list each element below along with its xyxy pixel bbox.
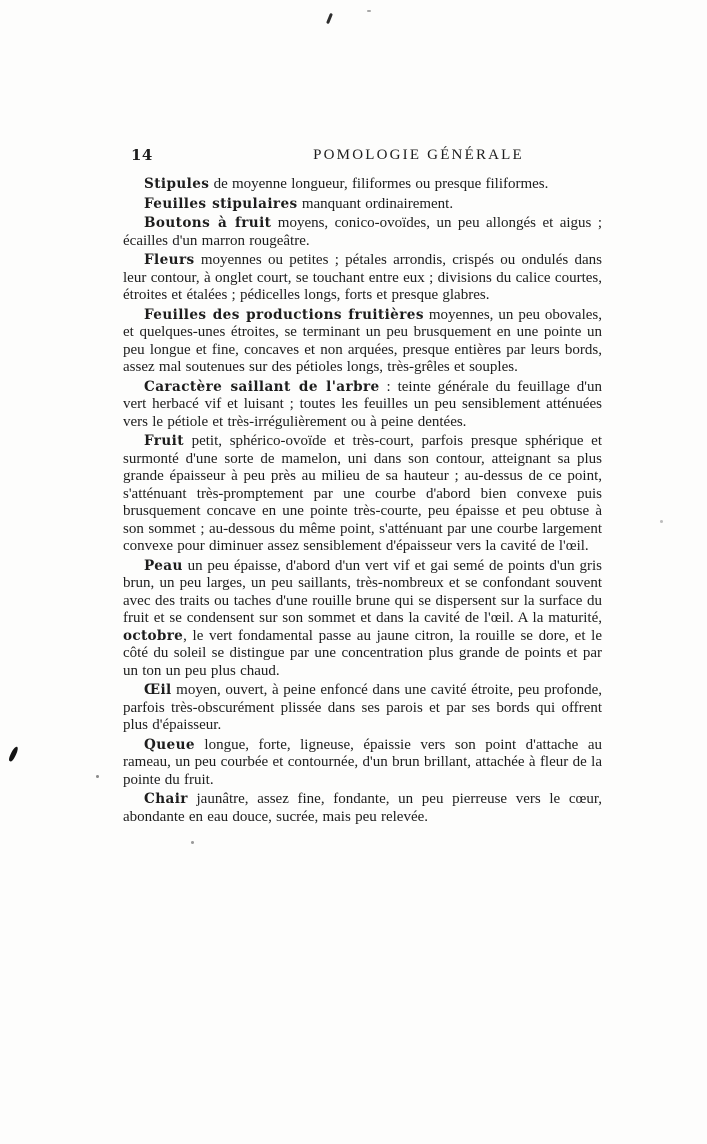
ink-mark (326, 13, 333, 24)
lead-stipules: Stipules (144, 176, 209, 192)
lead-peau: Peau (144, 558, 183, 574)
ink-speck (96, 775, 99, 778)
paragraph-fleurs: Fleurs moyennes ou petites ; pétales arr… (123, 252, 602, 305)
text-block: Stipules de moyenne longueur, filiformes… (123, 176, 602, 828)
lead-fleurs: Fleurs (144, 252, 195, 268)
ink-speck (367, 10, 371, 12)
paragraph-feuilles-productions-fruitieres: Feuilles des productions fruitières moye… (123, 307, 602, 377)
book-page: 14 POMOLOGIE GÉNÉRALE Stipules de moyenn… (0, 0, 707, 1144)
paragraph-body: moyennes ou petites ; pétales arrondis, … (123, 252, 602, 303)
lead-chair: Chair (144, 791, 188, 807)
bold-word-octobre: octobre (123, 628, 183, 644)
running-header: 14 POMOLOGIE GÉNÉRALE (123, 146, 602, 166)
lead-queue: Queue (144, 737, 195, 753)
paragraph-body: un peu épaisse, d'abord d'un vert vif et… (123, 558, 602, 627)
paragraph-body: petit, sphérico-ovoïde et très-court, pa… (123, 433, 602, 554)
paragraph-queue: Queue longue, forte, ligneuse, épaissie … (123, 737, 602, 790)
lead-oeil: Œil (144, 682, 172, 698)
lead-feuilles-productions-fruitieres: Feuilles des productions fruitières (144, 307, 424, 323)
paragraph-fruit: Fruit petit, sphérico-ovoïde et très-cou… (123, 433, 602, 556)
paragraph-peau: Peau un peu épaisse, d'abord d'un vert v… (123, 558, 602, 681)
lead-caractere-saillant: Caractère saillant de l'arbre (144, 379, 380, 395)
lead-boutons-a-fruit: Boutons à fruit (144, 215, 271, 231)
paragraph-body: de moyenne longueur, filiformes ou presq… (209, 176, 548, 192)
page-number: 14 (131, 146, 153, 164)
page-title: POMOLOGIE GÉNÉRALE (179, 147, 658, 164)
ink-mark (8, 746, 20, 763)
paragraph-caractere-saillant: Caractère saillant de l'arbre : teinte g… (123, 379, 602, 432)
paragraph-boutons-a-fruit: Boutons à fruit moyens, conico-ovoïdes, … (123, 215, 602, 250)
lead-fruit: Fruit (144, 433, 184, 449)
ink-speck (660, 520, 663, 523)
paragraph-body-after: , le vert fondamental passe au jaune cit… (123, 628, 602, 679)
paragraph-chair: Chair jaunâtre, assez fine, fondante, un… (123, 791, 602, 826)
paragraph-body: moyen, ouvert, à peine enfoncé dans une … (123, 682, 602, 733)
paragraph-feuilles-stipulaires: Feuilles stipulaires manquant ordinairem… (123, 196, 602, 214)
paragraph-body: manquant ordinairement. (298, 196, 454, 212)
ink-speck (191, 841, 194, 844)
paragraph-stipules: Stipules de moyenne longueur, filiformes… (123, 176, 602, 194)
paragraph-body: longue, forte, ligneuse, épaissie vers s… (123, 737, 602, 788)
paragraph-body: jaunâtre, assez fine, fondante, un peu p… (123, 791, 602, 825)
lead-feuilles-stipulaires: Feuilles stipulaires (144, 196, 298, 212)
paragraph-oeil: Œil moyen, ouvert, à peine enfoncé dans … (123, 682, 602, 735)
